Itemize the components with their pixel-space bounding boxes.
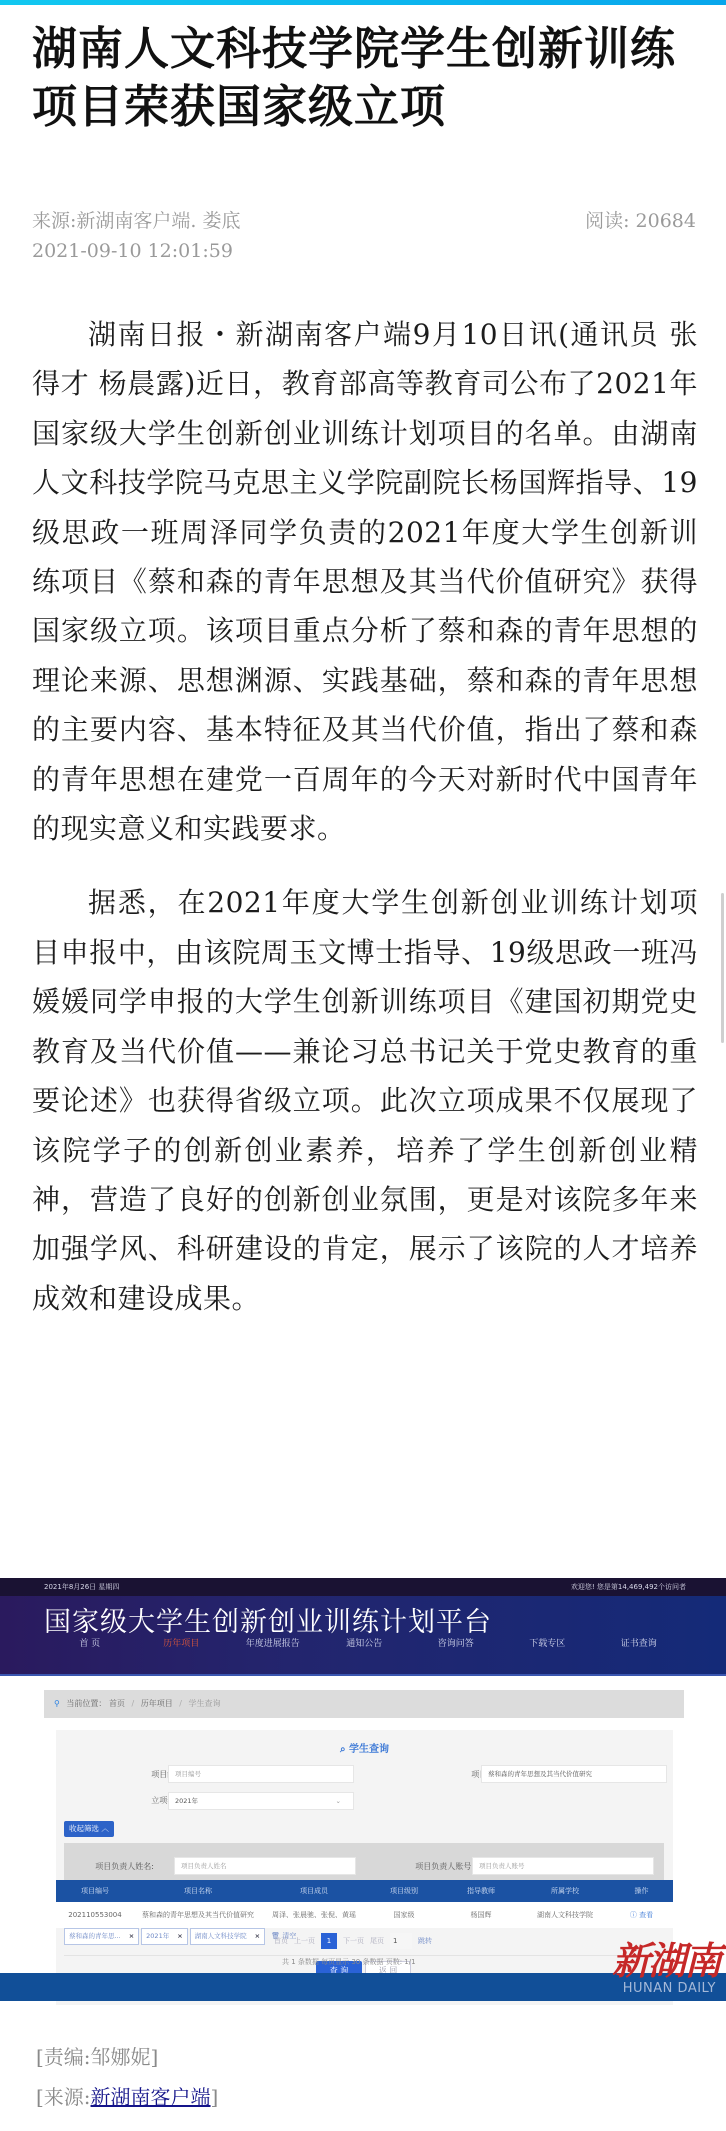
th-action: 操作 bbox=[610, 1880, 673, 1902]
leader-name-label: 项目负责人姓名: bbox=[74, 1861, 154, 1872]
platform-breadcrumb: ⚲ 当前位置： 首页 / 历年项目 / 学生查询 bbox=[44, 1690, 684, 1718]
nav-home: 首 页 bbox=[44, 1632, 136, 1656]
location-pin-icon: ⚲ bbox=[54, 1699, 60, 1708]
editor-credit: [责编:邹娜妮] bbox=[36, 2042, 158, 2072]
source-link[interactable]: 新湖南客户端 bbox=[91, 2085, 211, 2109]
visitor-counter: 欢迎您! 您是第14,469,492个访问者 bbox=[571, 1578, 686, 1596]
th-project-name: 项目名称 bbox=[134, 1880, 262, 1902]
th-school: 所属学校 bbox=[520, 1880, 610, 1902]
close-icon: × bbox=[255, 1929, 260, 1944]
nav-underline bbox=[0, 1674, 726, 1676]
leader-account-input: 项目负责人账号 bbox=[472, 1857, 654, 1875]
nav-certificate: 证书查询 bbox=[593, 1632, 685, 1656]
embedded-platform-screenshot: 2021年8月26日 星期四 欢迎您! 您是第14,469,492个访问者 国家… bbox=[0, 1578, 726, 2005]
source-credit: [来源:新湖南客户端] bbox=[36, 2082, 218, 2112]
read-count: 阅读: 20684 bbox=[585, 206, 696, 236]
th-level: 项目级别 bbox=[366, 1880, 442, 1902]
breadcrumb-home: 首页 bbox=[109, 1699, 125, 1708]
nav-downloads: 下载专区 bbox=[502, 1632, 594, 1656]
search-icon: ⌕ bbox=[340, 1744, 349, 1755]
breadcrumb-separator: / bbox=[132, 1699, 135, 1708]
leader-account-label: 项目负责人账号: bbox=[384, 1861, 474, 1872]
paragraph-1: 湖南日报・新湖南客户端9月10日讯(通讯员 张得才 杨晨露)近日，教育部高等教育… bbox=[32, 310, 698, 853]
read-count-label: 阅读: bbox=[585, 210, 629, 232]
query-title: ⌕ 学生查询 bbox=[56, 1740, 673, 1755]
form-divider bbox=[64, 1955, 664, 1956]
close-icon: × bbox=[129, 1929, 134, 1944]
xinhunan-watermark: 新湖南 bbox=[612, 1930, 720, 1985]
nav-notices: 通知公告 bbox=[319, 1632, 411, 1656]
breadcrumb-projects: 历年项目 bbox=[141, 1699, 173, 1708]
nav-qa: 咨询问答 bbox=[410, 1632, 502, 1656]
platform-nav: 首 页 历年项目 年度进展报告 通知公告 咨询问答 下载专区 证书查询 bbox=[0, 1632, 726, 1656]
active-filter-tags: 蔡和森的青年思...× 2021年× 湖南人文科技学院× 🗑 清空 bbox=[64, 1928, 296, 1945]
article-source: 来源:新湖南客户端. 娄底 bbox=[32, 206, 240, 236]
breadcrumb-prefix: 当前位置： bbox=[66, 1699, 106, 1708]
view-link: ⓘ 查看 bbox=[610, 1902, 673, 1928]
article-body: 湖南日报・新湖南客户端9月10日讯(通讯员 张得才 杨晨露)近日，教育部高等教育… bbox=[32, 310, 698, 1323]
info-icon: ⓘ bbox=[630, 1911, 639, 1919]
chevron-down-icon: ⌄ bbox=[336, 1793, 341, 1809]
table-row: 202110553004 蔡和森的青年思想及其当代价值研究 周泽、张晨驰、张倪、… bbox=[56, 1902, 673, 1928]
paragraph-2: 据悉，在2021年度大学生创新创业训练计划项目申报中，由该院周玉文博士指导、19… bbox=[32, 878, 698, 1323]
th-project-no: 项目编号 bbox=[56, 1880, 134, 1902]
leader-name-input: 项目负责人姓名 bbox=[174, 1857, 356, 1875]
nav-annual-report: 年度进展报告 bbox=[227, 1632, 319, 1656]
top-accent-bar bbox=[0, 0, 726, 5]
article-title: 湖南人文科技学院学生创新训练项目荣获国家级立项 bbox=[32, 20, 692, 136]
close-icon: × bbox=[177, 1929, 182, 1944]
collapse-filter-button: 收起筛选 ︿ bbox=[64, 1821, 114, 1837]
filter-tag: 蔡和森的青年思...× bbox=[64, 1928, 139, 1945]
year-select: 2021年⌄ bbox=[168, 1792, 354, 1810]
breadcrumb-current: 学生查询 bbox=[189, 1699, 221, 1708]
filter-tag: 2021年× bbox=[141, 1928, 188, 1945]
publish-datetime: 2021-09-10 12:01:59 bbox=[32, 236, 233, 266]
breadcrumb-separator: / bbox=[179, 1699, 182, 1708]
platform-date: 2021年8月26日 星期四 bbox=[44, 1578, 119, 1596]
results-table: 项目编号 项目名称 项目成员 项目级别 指导教师 所属学校 操作 2021105… bbox=[56, 1880, 673, 1928]
project-name-input: 蔡和森的青年思想及其当代价值研究 bbox=[481, 1765, 667, 1783]
table-header: 项目编号 项目名称 项目成员 项目级别 指导教师 所属学校 操作 bbox=[56, 1880, 673, 1902]
pagination: 首页 上一页 1 下一页 尾页 1 跳转 bbox=[274, 1933, 432, 1949]
platform-top-strip: 2021年8月26日 星期四 欢迎您! 您是第14,469,492个访问者 bbox=[0, 1578, 726, 1596]
result-summary: 共 1 条数据 每页显示 30 条数据 页数: 1/1 bbox=[282, 1957, 416, 1967]
nav-past-projects: 历年项目 bbox=[136, 1632, 228, 1656]
read-count-value: 20684 bbox=[636, 210, 696, 232]
page-scrollbar[interactable] bbox=[721, 893, 724, 1043]
th-members: 项目成员 bbox=[262, 1880, 366, 1902]
project-no-input: 项目编号 bbox=[168, 1765, 354, 1783]
th-advisor: 指导教师 bbox=[442, 1880, 520, 1902]
filter-tag: 湖南人文科技学院× bbox=[190, 1928, 265, 1945]
